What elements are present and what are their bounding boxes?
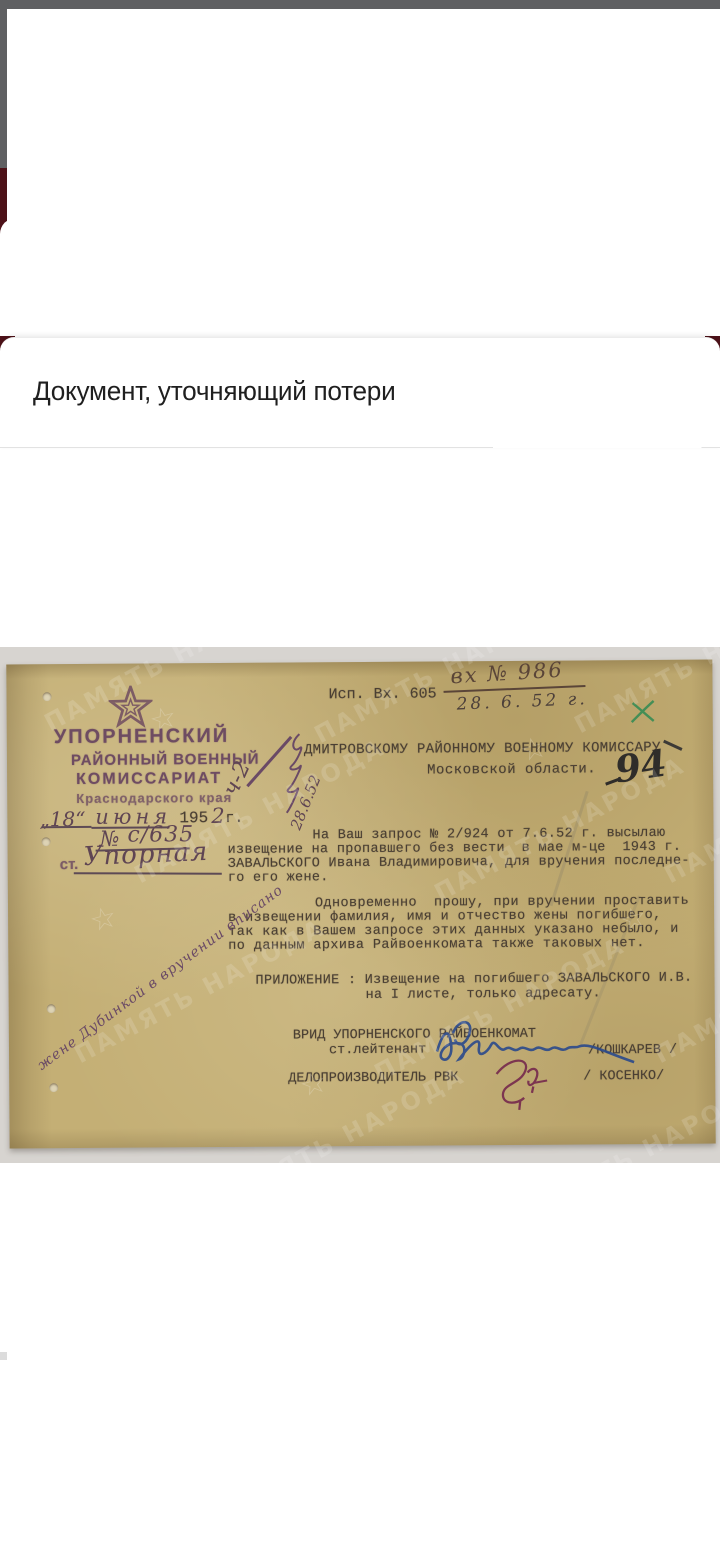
- stamp-date-year-suffix: г.: [225, 810, 243, 827]
- address-line1: ДМИТРОВСКОМУ РАЙОННОМУ ВОЕННОМУ КОМИССАР…: [304, 740, 661, 758]
- body-p2-line4: по данным архива Райвоенкомата также так…: [228, 936, 645, 954]
- stamp-org-line3: КОМИССАРИАТ: [76, 770, 222, 789]
- form-underline: [74, 872, 222, 875]
- stamp-org-line1: УПОРНЕНСКИЙ: [54, 725, 230, 749]
- signoff-rank1: ст.лейтенант: [329, 1043, 426, 1059]
- page-title: Документ, уточняющий потери: [33, 376, 395, 407]
- page-number-pencil: 94: [612, 741, 669, 792]
- pencil-dash: [663, 740, 682, 751]
- punch-hole: [49, 1083, 58, 1092]
- margin-note-handwritten: жене Дубинкой в вручении вписано: [34, 901, 261, 1074]
- punch-hole: [47, 1004, 56, 1013]
- star-stamp-icon: [108, 685, 152, 727]
- signoff-name2: / КОСЕНКО/: [583, 1069, 664, 1085]
- stamp-date-year-hw: 2: [211, 804, 225, 828]
- app-screen: Документ, уточняющий потери Исп. Вх. 605…: [0, 0, 720, 1560]
- signoff-title2: ДЕЛОПРОИЗВОДИТЕЛЬ РВК: [288, 1070, 458, 1086]
- image-viewer-placeholder: [7, 9, 720, 333]
- scanned-page: Исп. Вх. 605 вх № 986 28. 6. 52 г. УПОРН…: [6, 660, 715, 1149]
- reg-number-typed: Исп. Вх. 605: [328, 685, 436, 703]
- scroll-edge-tick: [0, 1352, 7, 1360]
- reg-date-handwritten: 28. 6. 52 г.: [456, 689, 588, 714]
- punch-hole: [43, 692, 52, 701]
- stamp-station-label: ст.: [60, 856, 79, 873]
- viewer-rounded-corner: [0, 218, 18, 333]
- body-p1-line3: ЗАВАЛЬСКОГО Ивана Владимировича, для вру…: [228, 854, 690, 872]
- attachment-line2: на I листе, только адресату.: [366, 986, 601, 1003]
- stamp-station-value: Упорная: [83, 837, 209, 872]
- punch-hole: [42, 837, 51, 846]
- document-scan[interactable]: Исп. Вх. 605 вх № 986 28. 6. 52 г. УПОРН…: [0, 647, 720, 1163]
- title-card: Документ, уточняющий потери: [0, 337, 720, 448]
- form-underline: [41, 826, 91, 828]
- address-line2: Московской области.: [427, 761, 596, 778]
- green-x-mark-icon: [629, 696, 657, 724]
- reg-number-handwritten: вх № 986: [450, 658, 565, 689]
- attachment-line1: ПРИЛОЖЕНИЕ : Извещение на погибшего ЗАВА…: [255, 971, 692, 989]
- edge-strip-gray: [0, 9, 7, 168]
- title-card-wrap: Документ, уточняющий потери: [0, 333, 720, 447]
- status-bar: [0, 0, 720, 9]
